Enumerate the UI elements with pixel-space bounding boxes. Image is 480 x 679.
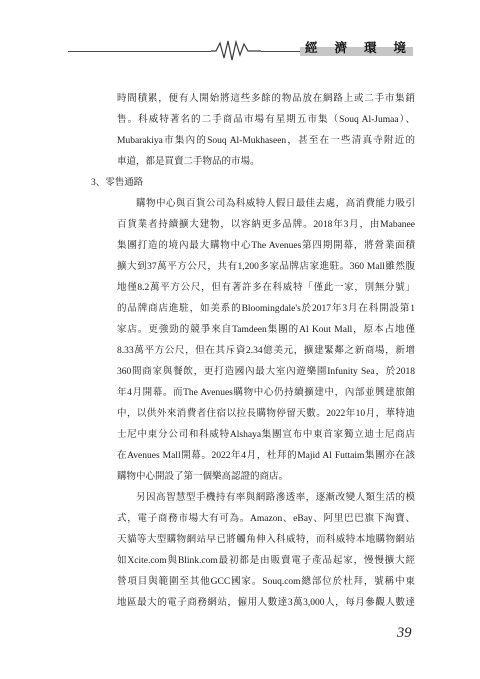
section-heading: 3、零售通路 (91, 173, 415, 194)
text-line: 地區最大的電子商務網站，僱用人數達3萬3,000人，每月參觀人數達 (117, 593, 415, 614)
text-line: 天貓等大型購物網站早已將觸角伸入科威特，而科威特本地購物網站 (117, 530, 415, 551)
text-line: 時間積累，便有人開始將這些多餘的物品放在網路上或二手市集銷 (117, 89, 415, 110)
header-rule-right (261, 51, 300, 52)
text-line: 地僅8.2萬平方公尺，但有著許多在科威特「僅此一家，別無分號」 (117, 278, 415, 299)
page-number: 39 (397, 624, 427, 642)
text-line: 如Xcite.com與Blink.com最初都是由販賣電子產品起家，慢慢擴大經 (117, 551, 415, 572)
text-line: 的品牌商店進駐，如美系的Bloomingdale's於2017年3月在科開設第1 (117, 299, 415, 320)
text-line: 家店。更強勁的競爭來自Tamdeen集團的Al Kout Mall，原本占地僅 (117, 320, 415, 341)
text-line: 另因高智慧型手機持有率與網路滲透率，逐漸改變人類生活的模 (117, 488, 415, 509)
body-text: 時間積累，便有人開始將這些多餘的物品放在網路上或二手市集銷售。科威特著名的二手商… (117, 89, 415, 614)
text-line: 年4月開幕。而The Avenues購物中心仍持續擴建中，內部並興建旅館 (117, 383, 415, 404)
text-line: 車道，都是買賣二手物品的市場。 (117, 152, 415, 173)
document-page: 經濟環境 時間積累，便有人開始將這些多餘的物品放在網路上或二手市集銷售。科威特著… (0, 0, 480, 679)
text-line: 中，以供外來消費者住宿以拉長購物停留天數。2022年10月，華特迪 (117, 404, 415, 425)
section-label: 經濟環境 (300, 40, 413, 56)
text-line: 擴大到37萬平方公尺，共有1,200多家品牌店家進駐。360 Mall雖然腹 (117, 257, 415, 278)
text-line: 購物中心開設了第一個樂高認證的商店。 (117, 467, 415, 488)
text-line: 購物中心與百貨公司為科威特人假日最佳去處，高消費能力吸引 (117, 194, 415, 215)
text-line: 式，電子商務市場大有可為。Amazon、eBay、阿里巴巴旗下淘寶、 (117, 509, 415, 530)
section-label-text: 經濟環境 (300, 40, 413, 56)
text-line: Mubarakiya市集內的Souq Al-Mukhaseen，甚至在一些清真寺… (117, 131, 415, 152)
text-line: 售。科威特著名的二手商品市場有星期五市集（Souq Al-Jumaa）、 (117, 110, 415, 131)
text-line: 營項目與範圍至其他GCC國家。Souq.com總部位於杜拜，號稱中東 (117, 572, 415, 593)
text-line: 在Avenues Mall開幕。2022年4月，杜拜的Majid Al Futt… (117, 446, 415, 467)
text-line: 百貨業者持續擴大建物，以容納更多品牌。2018年3月，由Mabanee (117, 215, 415, 236)
text-line: 士尼中東分公司和科威特Alshaya集團宣布中東首家獨立迪士尼商店 (117, 425, 415, 446)
zigzag-ornament-icon (211, 38, 261, 64)
header-rule-left (68, 51, 211, 52)
text-line: 360間商家與餐飲，更打造國內最大室內遊樂園Infunity Sea，於2018 (117, 362, 415, 383)
text-line: 集團打造的境內最大購物中心The Avenues第四期開幕，將營業面積 (117, 236, 415, 257)
text-line: 8.33萬平方公尺，但在其斥資2.34億美元，擴建緊鄰之新商場，新增 (117, 341, 415, 362)
